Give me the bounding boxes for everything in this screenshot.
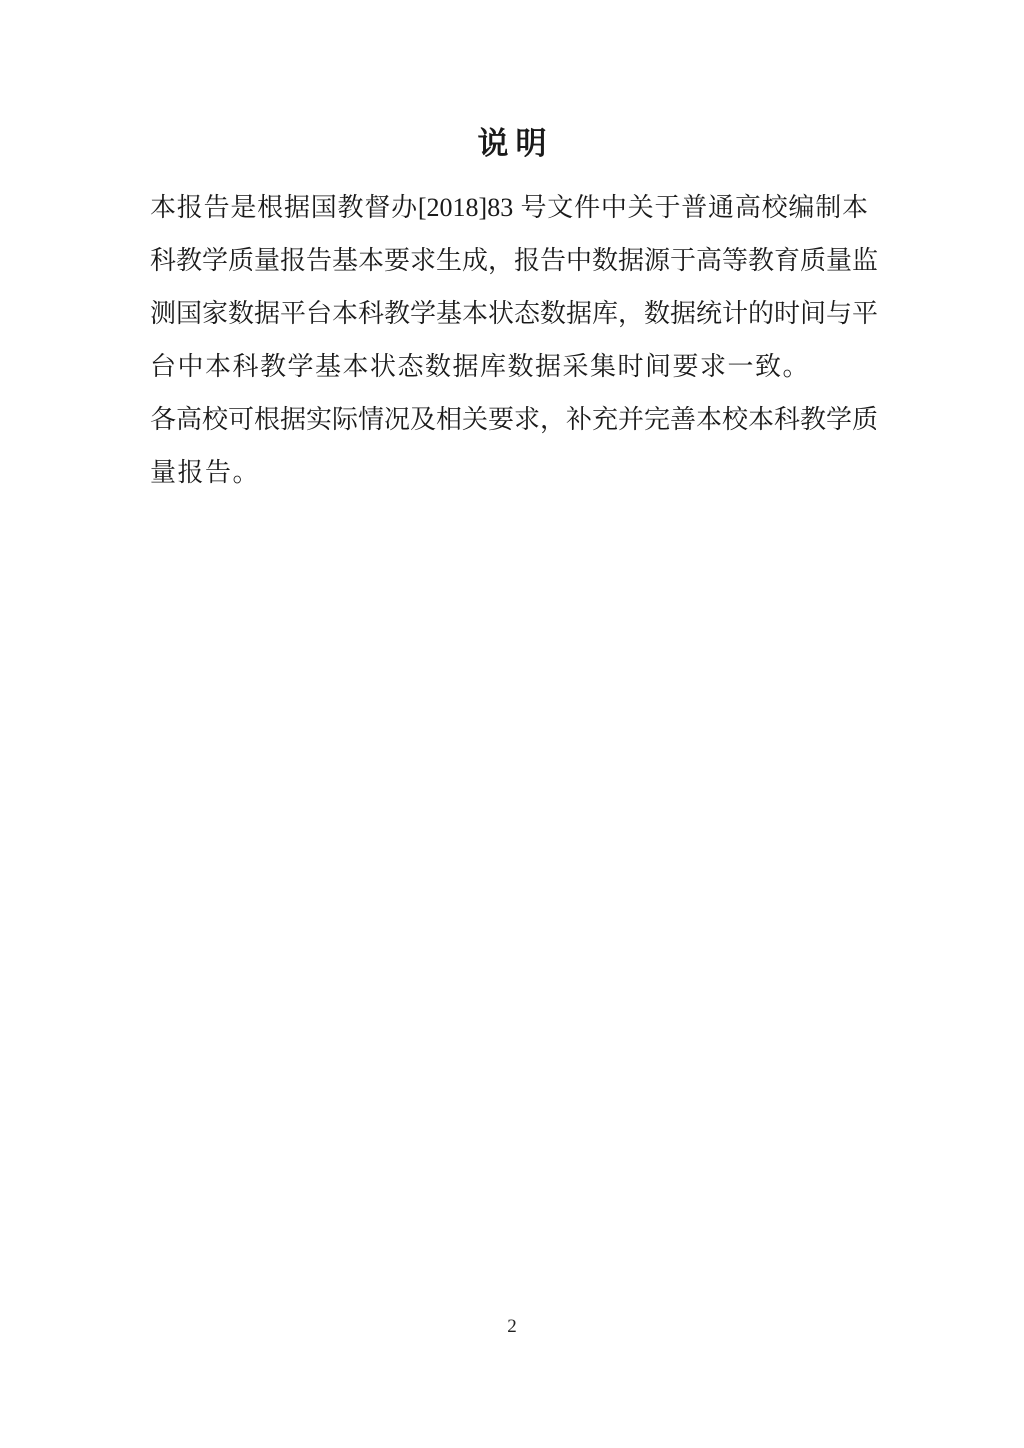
paragraph: 本报告是根据国教督办[2018]83 号文件中关于普通高校编制本科教学质量报告基… [150,181,868,393]
document-page: 说明 本报告是根据国教督办[2018]83 号文件中关于普通高校编制本科教学质量… [0,0,1024,1448]
text-line: 量报告。 [150,446,868,499]
paragraph: 各高校可根据实际情况及相关要求，补充并完善本校本科教学质量报告。 [150,393,868,499]
page-number: 2 [0,1314,1024,1340]
text-line: 测国家数据平台本科教学基本状态数据库，数据统计的时间与平 [150,287,868,340]
text-line: 本报告是根据国教督办[2018]83 号文件中关于普通高校编制本 [150,181,868,234]
text-line: 台中本科教学基本状态数据库数据采集时间要求一致。 [150,340,868,393]
page-title: 说明 [0,122,1024,166]
text-line: 各高校可根据实际情况及相关要求，补充并完善本校本科教学质 [150,393,868,446]
text-line: 科教学质量报告基本要求生成，报告中数据源于高等教育质量监 [150,234,868,287]
body-text: 本报告是根据国教督办[2018]83 号文件中关于普通高校编制本科教学质量报告基… [150,181,868,499]
